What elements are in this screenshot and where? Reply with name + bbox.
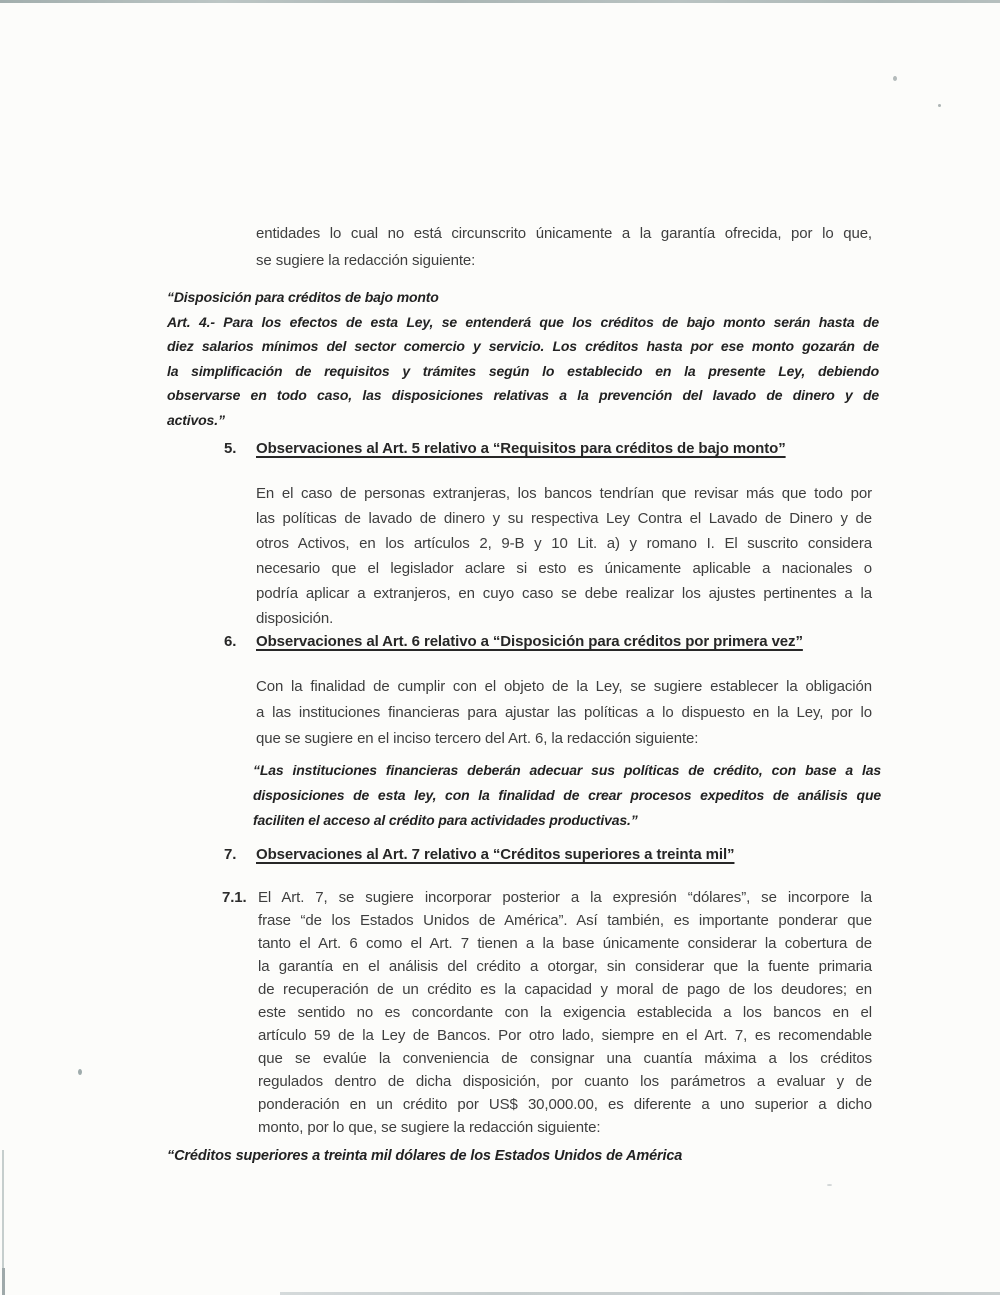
text-line: “Créditos superiores a treinta mil dólar… [167, 1144, 879, 1169]
text-line: la garantía en el análisis del crédito a… [258, 955, 872, 978]
text-line: observarse en todo caso, las disposicion… [167, 383, 879, 408]
section-6-paragraph: Con la finalidad de cumplir con el objet… [256, 674, 872, 752]
text-line: Art. 4.- Para los efectos de esta Ley, s… [167, 310, 879, 335]
scan-speck [827, 1184, 832, 1186]
text-line: las políticas de lavado de dinero y su r… [256, 506, 872, 531]
text-line: se sugiere la redacción siguiente: [256, 247, 872, 274]
section-number: 5. [224, 440, 256, 457]
text-line: de recuperación de un crédito es la capa… [258, 978, 872, 1001]
text-line: que se sugiere en el inciso tercero del … [256, 726, 872, 752]
text-line: El Art. 7, se sugiere incorporar posteri… [258, 886, 872, 909]
scan-edge-left [2, 1150, 4, 1295]
section-6-heading: 6.Observaciones al Art. 6 relativo a “Di… [224, 633, 803, 650]
subsection-text: El Art. 7, se sugiere incorporar posteri… [258, 886, 872, 1139]
closing-quote-line: “Créditos superiores a treinta mil dólar… [167, 1144, 879, 1169]
section-7-1-paragraph: 7.1. El Art. 7, se sugiere incorporar po… [222, 886, 872, 1139]
quote-block-art6: “Las instituciones financieras deberán a… [253, 758, 881, 833]
scan-speck [893, 76, 897, 81]
section-5-paragraph: En el caso de personas extranjeras, los … [256, 481, 872, 631]
text-line: “Disposición para créditos de bajo monto [167, 285, 879, 310]
section-number: 6. [224, 633, 256, 650]
section-heading-text: Observaciones al Art. 7 relativo a “Créd… [256, 846, 734, 863]
subsection-number: 7.1. [222, 886, 247, 909]
scan-edge-top [0, 0, 1000, 3]
section-heading-text: Observaciones al Art. 6 relativo a “Disp… [256, 633, 803, 650]
intro-paragraph: entidades lo cual no está circunscrito ú… [256, 220, 872, 274]
text-line: Con la finalidad de cumplir con el objet… [256, 674, 872, 700]
text-line: disposiciones de esta ley, con la finali… [253, 783, 881, 808]
text-line: diez salarios mínimos del sector comerci… [167, 334, 879, 359]
scan-edge-left-dark [2, 1268, 5, 1295]
text-line: a las instituciones financieras para aju… [256, 700, 872, 726]
text-line: necesario que el legislador aclare si es… [256, 556, 872, 581]
text-line: disposición. [256, 606, 872, 631]
text-line: tanto el Art. 6 como el Art. 7 tienen a … [258, 932, 872, 955]
section-number: 7. [224, 846, 256, 863]
text-line: artículo 59 de la Ley de Bancos. Por otr… [258, 1024, 872, 1047]
text-line: ponderación en un crédito por US$ 30,000… [258, 1093, 872, 1116]
text-line: activos.” [167, 408, 879, 433]
text-line: este sentido no es concordante con la ex… [258, 1001, 872, 1024]
scan-speck [938, 104, 941, 107]
section-5-heading: 5.Observaciones al Art. 5 relativo a “Re… [224, 440, 786, 457]
text-line: faciliten el acceso al crédito para acti… [253, 808, 881, 833]
text-line: otros Activos, en los artículos 2, 9-B y… [256, 531, 872, 556]
text-line: frase “de los Estados Unidos de América”… [258, 909, 872, 932]
text-line: que se evalúe la conveniencia de consign… [258, 1047, 872, 1070]
text-line: regulados dentro de dicha disposición, p… [258, 1070, 872, 1093]
text-line: “Las instituciones financieras deberán a… [253, 758, 881, 783]
document-page: entidades lo cual no está circunscrito ú… [0, 0, 1000, 1295]
text-line: monto, por lo que, se sugiere la redacci… [258, 1116, 872, 1139]
text-line: la simplificación de requisitos y trámit… [167, 359, 879, 384]
text-line: En el caso de personas extranjeras, los … [256, 481, 872, 506]
text-line: podría aplicar a extranjeros, en cuyo ca… [256, 581, 872, 606]
scan-speck [78, 1069, 82, 1075]
section-heading-text: Observaciones al Art. 5 relativo a “Requ… [256, 440, 786, 457]
text-line: entidades lo cual no está circunscrito ú… [256, 220, 872, 247]
section-7-heading: 7.Observaciones al Art. 7 relativo a “Cr… [224, 846, 734, 863]
quote-block-art4: “Disposición para créditos de bajo monto… [167, 285, 879, 432]
